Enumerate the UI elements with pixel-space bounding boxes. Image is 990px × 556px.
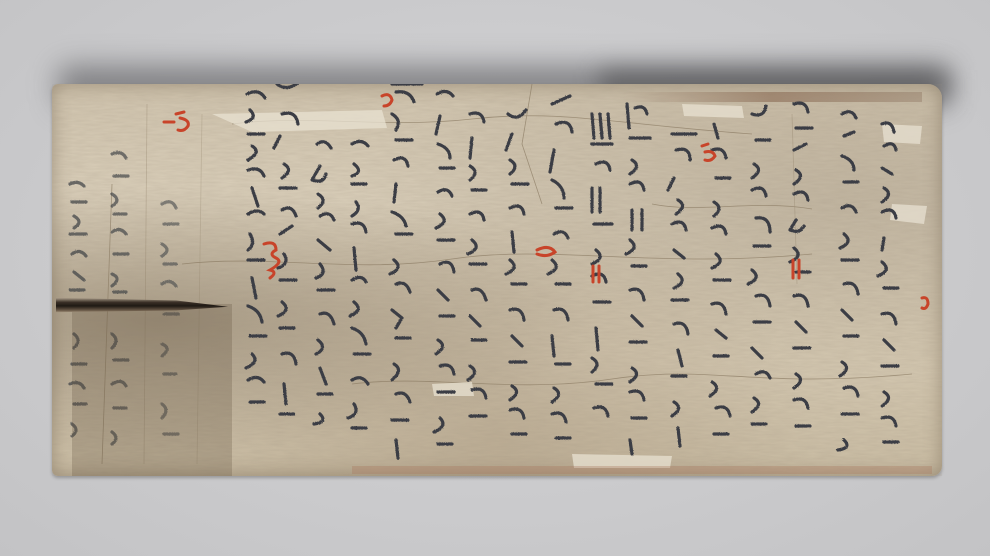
photo-scene (0, 0, 990, 556)
stain-left (72, 304, 232, 476)
bottom-edge-band (352, 466, 932, 474)
writing-board (52, 84, 942, 476)
hieratic-script (52, 84, 942, 476)
